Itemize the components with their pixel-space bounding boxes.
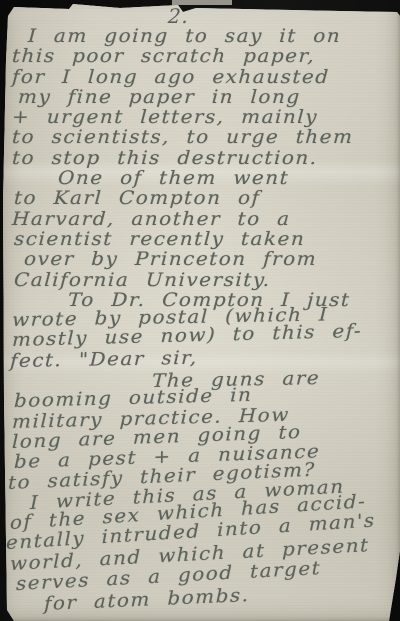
handwritten-line: I am going to say it on xyxy=(27,27,400,47)
handwritten-line: my fine paper in long xyxy=(17,88,400,108)
handwriting-lines: I am going to say it onthis poor scratch… xyxy=(0,0,400,616)
backing-page-edge xyxy=(172,0,232,5)
handwritten-line: this poor scratch paper, xyxy=(11,47,400,67)
handwritten-line: to Karl Compton of xyxy=(13,189,400,209)
scanned-letter: 2. I am going to say it onthis poor scra… xyxy=(0,0,400,621)
handwritten-line: to scientists, to urge them xyxy=(11,128,400,148)
handwritten-line: for I long ago exhausted xyxy=(11,68,400,88)
handwritten-line: scientist recently taken xyxy=(13,230,400,250)
handwritten-line: Harvard, another to a xyxy=(11,210,400,230)
handwritten-line: over by Princeton from xyxy=(23,250,400,270)
letter-page: 2. I am going to say it onthis poor scra… xyxy=(0,0,400,621)
handwritten-line: One of them went xyxy=(57,169,400,189)
handwritten-line: California University. xyxy=(13,271,400,291)
handwritten-line: to stop this destruction. xyxy=(11,149,400,169)
handwritten-line: + urgent letters, mainly xyxy=(11,108,400,128)
